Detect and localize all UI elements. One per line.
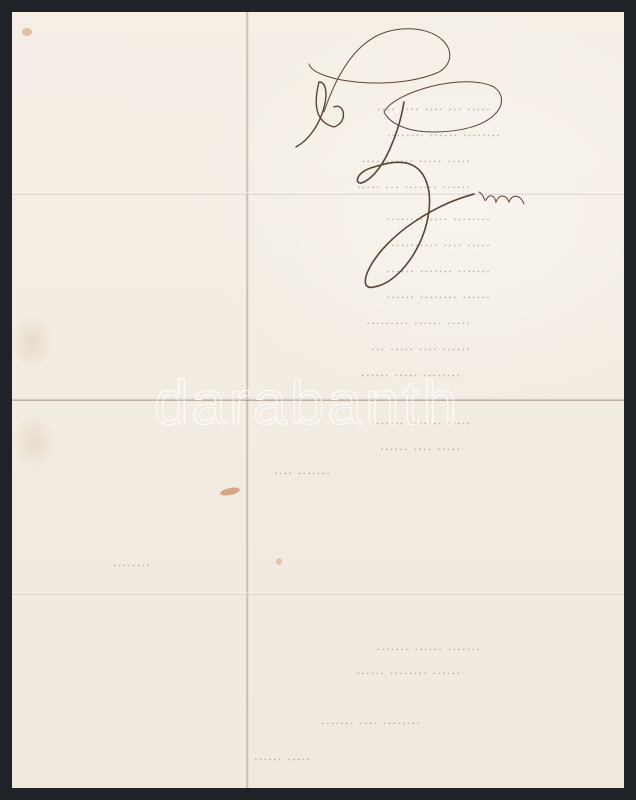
- bleed-line: ........ ..... ......: [59, 364, 465, 376]
- horizontal-fold-line: [12, 592, 624, 595]
- bleed-line: ..... ....... .......: [69, 412, 475, 424]
- calligraphic-monogram: [274, 22, 574, 302]
- bleed-line: ...... ........ ......: [69, 662, 465, 674]
- bleed-line: ...... .... ..... ...: [49, 338, 475, 350]
- bleed-line: ........ .... .......: [99, 712, 425, 724]
- bleed-line: ..... .... ......: [119, 438, 465, 450]
- bleed-line: ....... ...... .......: [69, 638, 485, 650]
- bleed-line: ....... ....: [169, 462, 335, 474]
- bleed-line: ........: [29, 554, 155, 566]
- bleed-line: ..... ......: [209, 748, 315, 760]
- horizontal-fold-line: [12, 398, 624, 401]
- letter-page: ..... ... .... .... .... ........ ......…: [12, 12, 624, 788]
- bleed-line: ..... ...... .........: [49, 312, 475, 324]
